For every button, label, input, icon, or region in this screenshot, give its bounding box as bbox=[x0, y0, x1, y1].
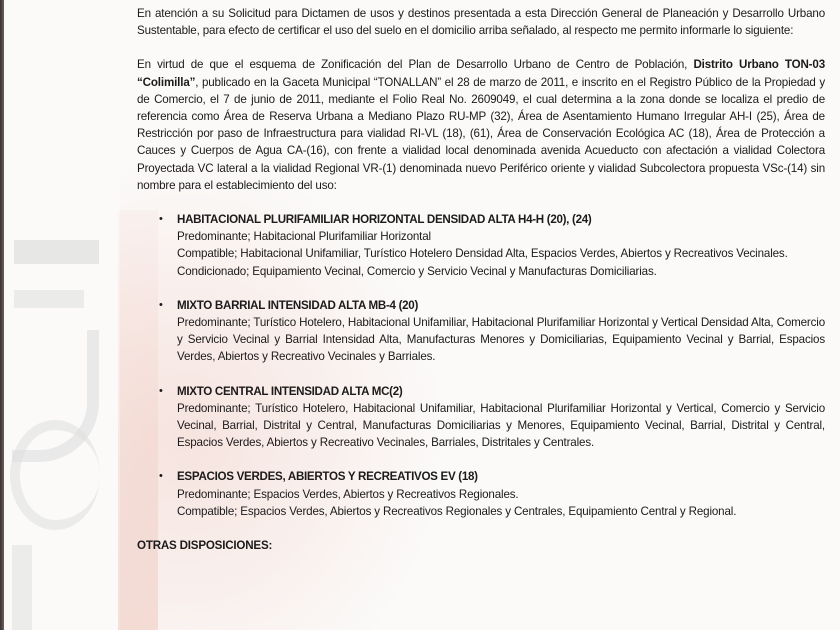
bullet-icon: • bbox=[159, 468, 163, 485]
zone-list: •HABITACIONAL PLURIFAMILIAR HORIZONTAL D… bbox=[137, 211, 825, 520]
zone-use-line: Predominante; Turístico Hotelero, Habita… bbox=[177, 314, 825, 366]
bullet-icon: • bbox=[159, 211, 163, 228]
zone-item: •ESPACIOS VERDES, ABIERTOS Y RECREATIVOS… bbox=[137, 468, 825, 520]
zoning-paragraph-rest: , publicado en la Gaceta Municipal “TONA… bbox=[137, 76, 825, 192]
zone-use-line: Compatible; Habitacional Unifamiliar, Tu… bbox=[177, 245, 825, 262]
zoning-paragraph-lead: En virtud de que el esquema de Zonificac… bbox=[137, 58, 687, 71]
watermark-shape bbox=[12, 330, 99, 462]
zone-use-line: Compatible; Espacios Verdes, Abiertos y … bbox=[177, 503, 825, 520]
bullet-icon: • bbox=[159, 383, 163, 400]
zone-title: MIXTO CENTRAL INTENSIDAD ALTA MC(2) bbox=[177, 383, 825, 400]
intro-paragraph: En atención a su Solicitud para Dictamen… bbox=[137, 5, 825, 39]
zone-title: MIXTO BARRIAL INTENSIDAD ALTA MB-4 (20) bbox=[177, 297, 825, 314]
zone-use-line: Condicionado; Equipamiento Vecinal, Come… bbox=[177, 263, 825, 280]
cropped-text-line bbox=[173, 554, 825, 562]
zone-title: ESPACIOS VERDES, ABIERTOS Y RECREATIVOS … bbox=[177, 468, 825, 485]
bullet-icon: • bbox=[159, 297, 163, 314]
watermark-shape bbox=[14, 240, 99, 264]
watermark-shape bbox=[10, 420, 100, 530]
watermark-shape bbox=[14, 290, 84, 308]
zone-item: •MIXTO BARRIAL INTENSIDAD ALTA MB-4 (20)… bbox=[137, 297, 825, 366]
scan-edge-shadow bbox=[0, 0, 4, 630]
other-provisions-heading: OTRAS DISPOSICIONES: bbox=[137, 537, 825, 554]
zone-use-line: Predominante; Espacios Verdes, Abiertos … bbox=[177, 486, 825, 503]
zone-item: •HABITACIONAL PLURIFAMILIAR HORIZONTAL D… bbox=[137, 211, 825, 280]
zoning-paragraph: En virtud de que el esquema de Zonificac… bbox=[137, 56, 825, 194]
zone-item: •MIXTO CENTRAL INTENSIDAD ALTA MC(2)Pred… bbox=[137, 383, 825, 452]
zone-title: HABITACIONAL PLURIFAMILIAR HORIZONTAL DE… bbox=[177, 211, 825, 228]
zone-use-line: Predominante; Turístico Hotelero, Habita… bbox=[177, 400, 825, 452]
watermark-shape bbox=[12, 545, 32, 630]
zone-use-line: Predominante; Habitacional Plurifamiliar… bbox=[177, 228, 825, 245]
document-body: En atención a su Solicitud para Dictamen… bbox=[137, 5, 825, 562]
